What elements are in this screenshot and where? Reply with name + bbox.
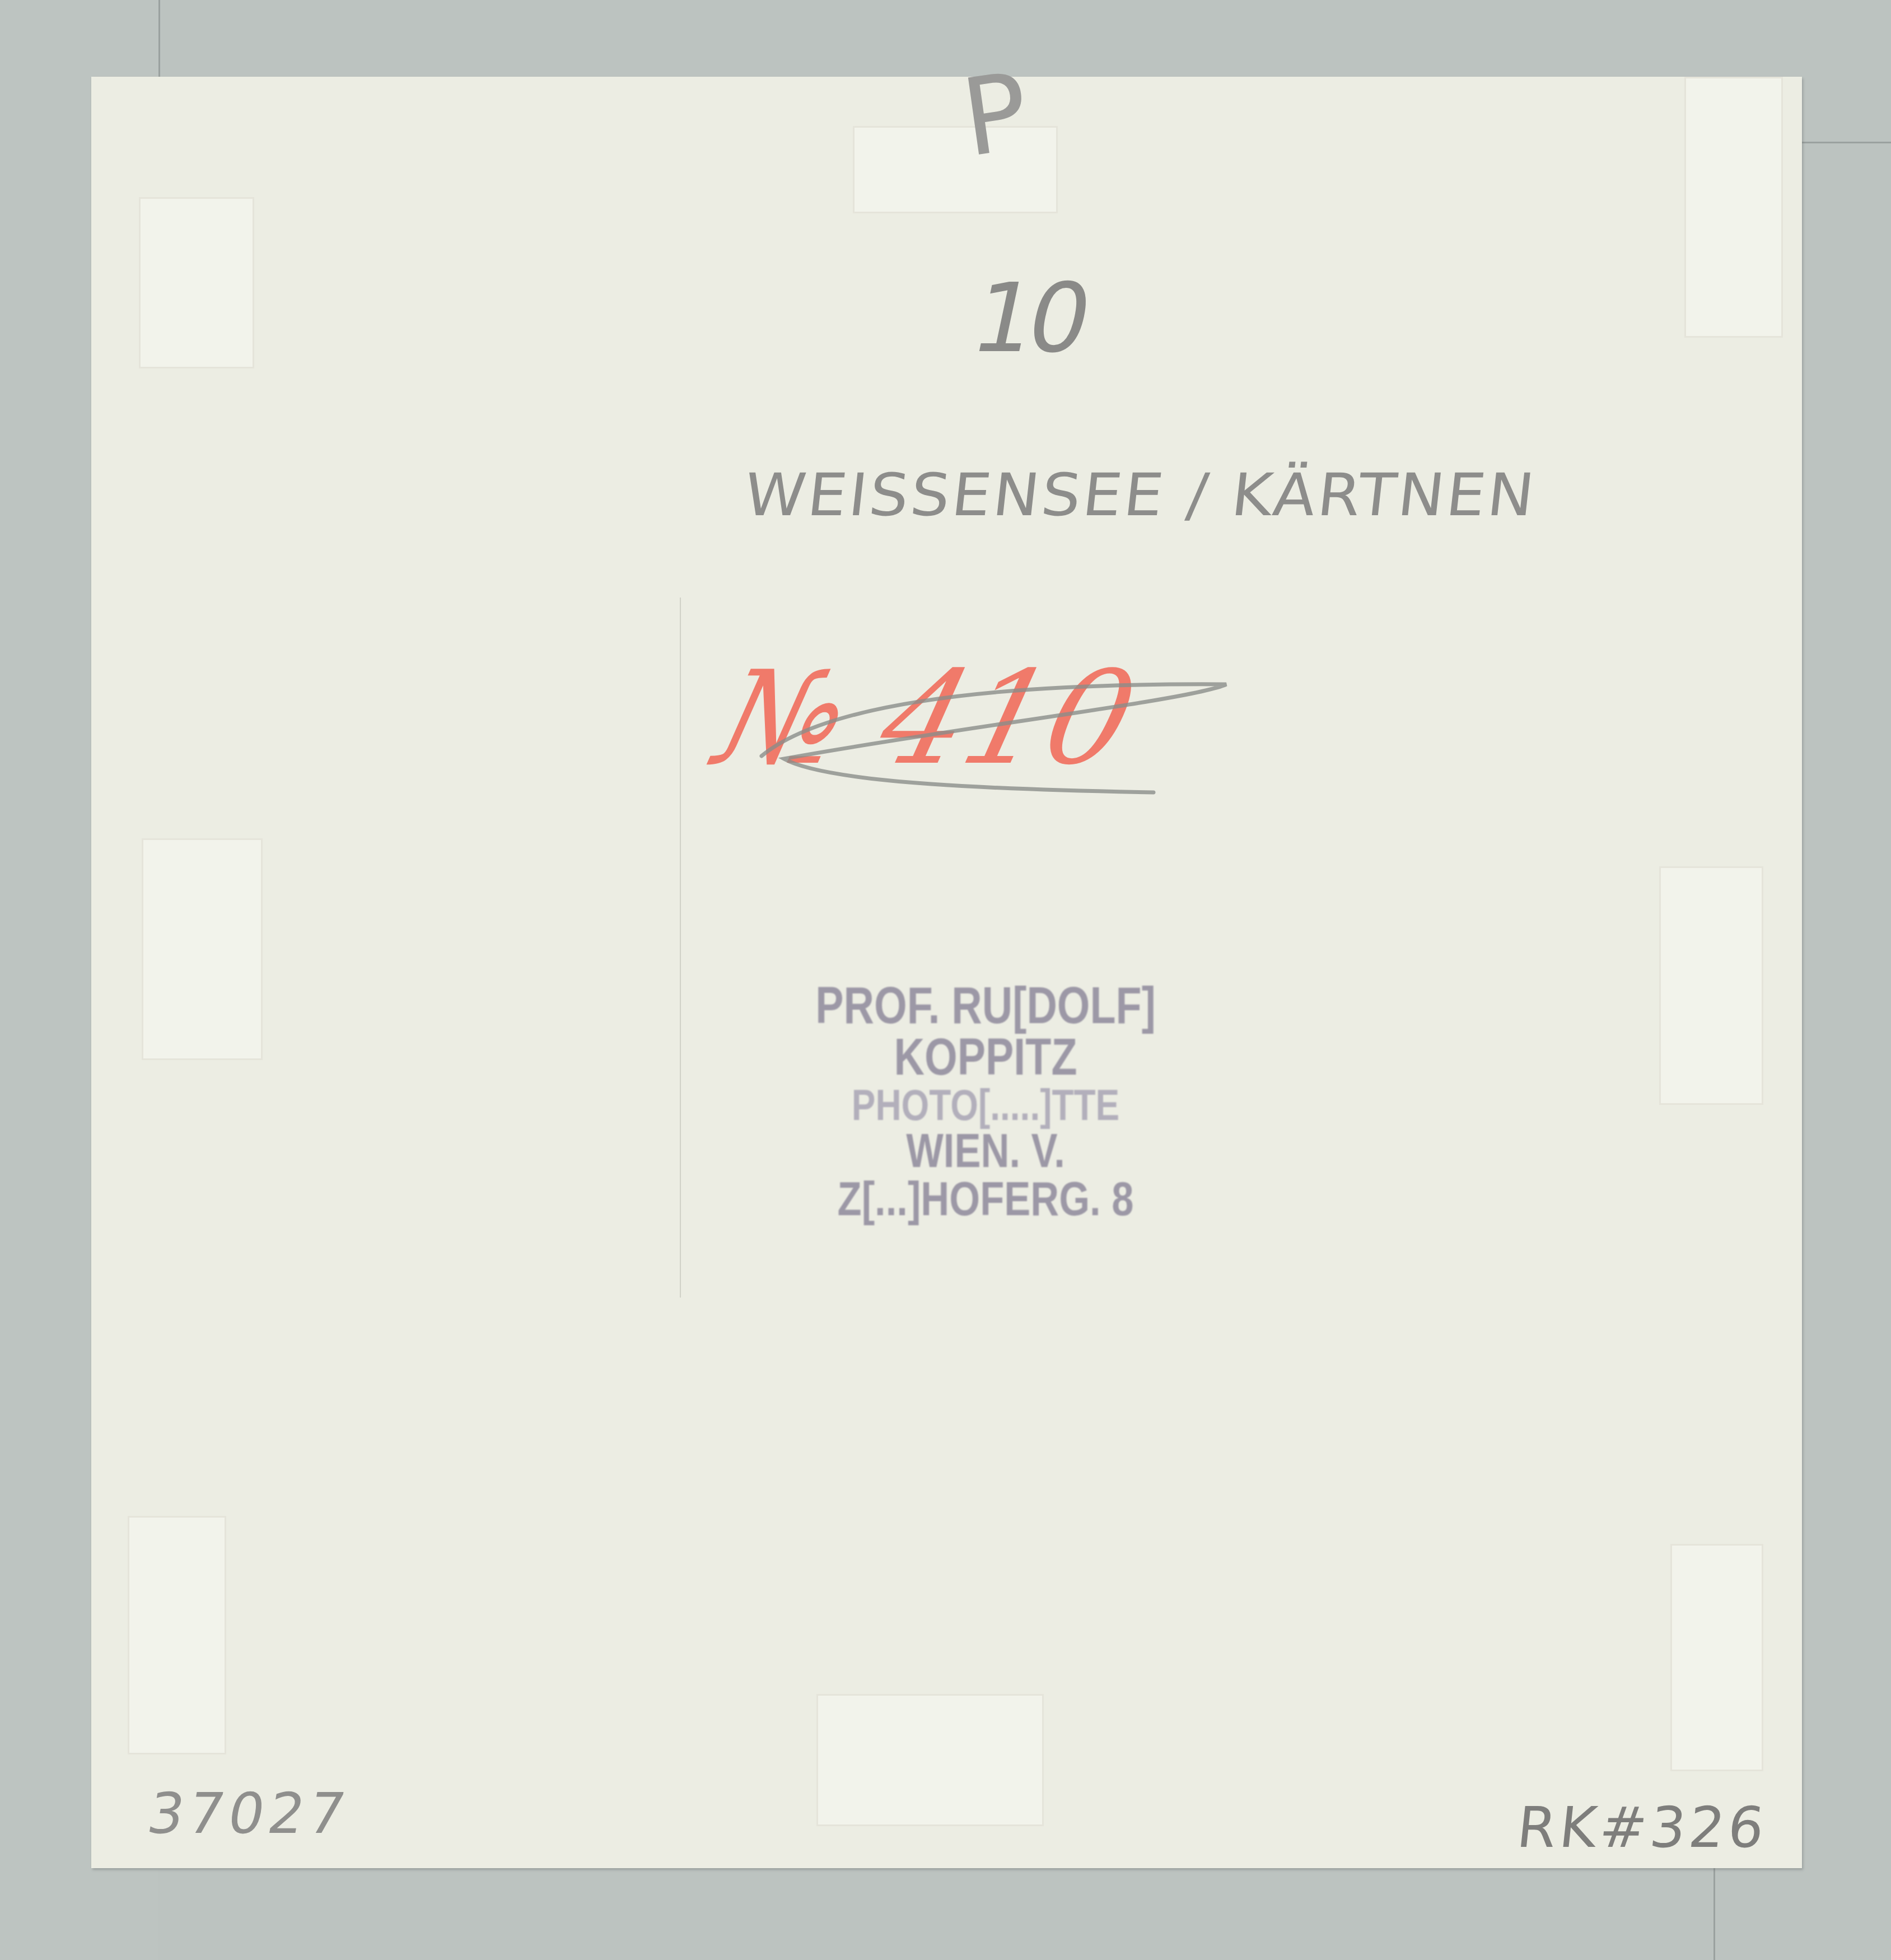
location-caption: WEISSENSEE / KÄRTNEN <box>741 461 1540 529</box>
tape-residue <box>1684 77 1783 338</box>
inventory-number-left: 37027 <box>143 1781 355 1846</box>
sheet-number: 10 <box>963 263 1096 374</box>
tape-residue <box>1659 866 1763 1105</box>
tape-residue <box>128 1516 226 1754</box>
stamp-line-1: PROF. RU[DOLF] KOPPITZ <box>774 980 1197 1083</box>
catalog-number-red: № 410 <box>704 644 1150 794</box>
backdrop-seam-right-horizontal <box>1802 142 1891 143</box>
faint-vertical-mark <box>680 598 681 1298</box>
photo-back-card <box>91 77 1802 1868</box>
tape-residue <box>1670 1544 1763 1771</box>
stamp-line-2: PHOTO[.....]TTE <box>774 1083 1197 1127</box>
tape-residue <box>142 838 263 1060</box>
tape-residue <box>139 197 254 368</box>
stamp-line-3: WIEN. V. Z[...]HOFERG. 8 <box>774 1127 1197 1223</box>
backdrop-seam-top-vertical <box>158 0 160 77</box>
photographer-stamp: PROF. RU[DOLF] KOPPITZ PHOTO[.....]TTE W… <box>728 980 1243 1223</box>
backdrop-seam-bottom-vertical <box>1713 1868 1715 1960</box>
inventory-number-right: RK#326 <box>1514 1795 1771 1860</box>
tape-residue <box>816 1694 1044 1826</box>
catalog-number-text: № 410 <box>704 644 1150 794</box>
